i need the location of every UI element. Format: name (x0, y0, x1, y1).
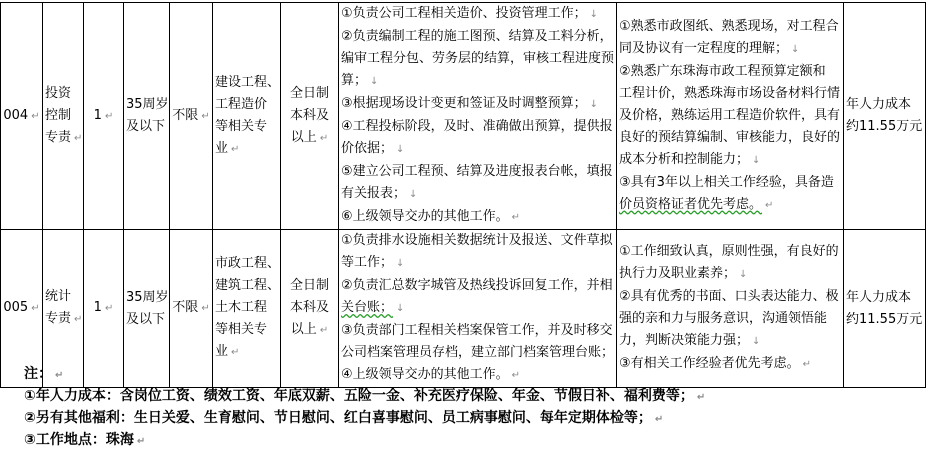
labor-cost-line: 年人力成本 (846, 287, 923, 309)
gender-cell: 不限↵ (170, 3, 213, 230)
requirement-line: 及价格，熟练运用工程造价软件，具有 (619, 105, 841, 127)
major-line: 业↵ (215, 138, 278, 161)
paragraph-mark-icon: ↵ (31, 111, 39, 122)
education-line: 本科及 (283, 297, 336, 319)
line-break-icon: ↓ (752, 336, 760, 347)
paragraph-mark-icon: ↵ (803, 359, 811, 370)
requirement-line: 良好的预结算编制、审核能力，良好的 (619, 127, 841, 149)
duty-line: ②负责汇总数字城管及热线投诉回复工作，并相 (341, 275, 614, 297)
labor-cost-cell: 年人力成本 约11.55万元 (844, 3, 926, 230)
position-title-line: 投资 (45, 83, 81, 105)
paragraph-mark-icon: ↵ (320, 133, 328, 144)
major-line: 业↵ (215, 341, 278, 364)
major-line: 工程造价 (215, 94, 278, 116)
paragraph-mark-icon: ↵ (231, 144, 239, 155)
position-id-cell: 004↵ (1, 3, 43, 230)
education-line: 全日制 (283, 83, 336, 105)
duty-line: 关台账；↓ (341, 297, 614, 320)
major-cell: 建设工程、 工程造价 等相关专 业↵ (213, 3, 281, 230)
line-break-icon: ↓ (791, 44, 799, 55)
labor-cost-line: 约11.55万元 (846, 116, 923, 138)
duty-line: ③负责部门工程相关档案保管工作，并及时移交 (341, 320, 614, 342)
job-table: 004↵ 投资 控制 专责↵ 1↵ 35周岁 及以下 不限↵ 建设工程、 工程造… (0, 2, 926, 388)
paragraph-mark-icon: ↵ (74, 314, 82, 325)
paragraph-mark-icon: ↵ (320, 325, 328, 336)
paragraph-mark-icon: ↵ (765, 200, 773, 211)
duty-line: 编审工程分包、劳务层的结算，审核工程进度预 (341, 48, 614, 70)
gender: 不限 (172, 108, 198, 123)
duty-line: 算；↓ (341, 70, 614, 93)
duty-line: ④工程投标阶段，及时、准确做出预算，提供报 (341, 116, 614, 138)
line-break-icon: ↓ (396, 144, 404, 155)
position-title-cell: 投资 控制 专责↵ (43, 3, 84, 230)
education-cell: 全日制 本科及 以上↵ (281, 3, 339, 230)
line-break-icon: ↓ (409, 189, 417, 200)
line-break-icon: ↓ (370, 76, 378, 87)
labor-cost-line: 年人力成本 (846, 94, 923, 116)
line-break-icon: ↓ (590, 9, 598, 20)
note-item-labor-cost: ①年人力成本：含岗位工资、绩效工资、年底双薪、五险一金、补充医疗保险、年金、节假… (24, 386, 705, 408)
duty-line: ⑥上级领导交办的其他工作。↵ (341, 206, 614, 229)
age-limit-line: 及以下 (126, 309, 167, 331)
paragraph-mark-icon: ↵ (655, 414, 663, 425)
duty-line: ③根据现场设计变更和签证及时调整预算；↓ (341, 93, 614, 116)
labor-cost-cell: 年人力成本 约11.55万元 (844, 230, 926, 388)
education-line: 以上↵ (283, 319, 336, 342)
education-line: 本科及 (283, 105, 336, 127)
duty-line: ⑤建立公司工程预、结算及进度报表台帐，填报 (341, 161, 614, 183)
note-item-benefits: ②另有其他福利：生日关爱、生育慰问、节日慰问、红白喜事慰问、员工病事慰问、每年定… (24, 408, 705, 430)
paragraph-mark-icon: ↵ (137, 436, 145, 447)
paragraph-mark-icon: ↵ (55, 370, 63, 381)
paragraph-mark-icon: ↵ (231, 347, 239, 358)
notes-section: 注：↵ ①年人力成本：含岗位工资、绩效工资、年底双薪、五险一金、补充医疗保险、年… (24, 364, 705, 450)
requirement-line: ①熟悉市政图纸、熟悉现场，对工程合 (619, 16, 841, 38)
headcount-cell: 1↵ (84, 3, 124, 230)
position-title-line: 专责↵ (45, 308, 81, 331)
major-line: 等相关专 (215, 116, 278, 138)
paragraph-mark-icon: ↵ (74, 133, 82, 144)
duty-line: ①负责公司工程相关造价、投资管理工作；↓ (341, 3, 614, 26)
major-line: 建筑工程、 (215, 275, 278, 297)
position-title-line: 统计 (45, 286, 81, 308)
duty-line: ①负责排水设施相关数据统计及报送、文件草拟 (341, 230, 614, 252)
line-break-icon: ↓ (752, 155, 760, 166)
age-limit-cell: 35周岁 及以下 (124, 3, 170, 230)
line-break-icon: ↓ (590, 99, 598, 110)
requirement-line: 力，判断决策能力强；↓ (619, 330, 841, 353)
duty-line: 等工作；↓ (341, 252, 614, 275)
requirement-line: 成本分析和控制能力；↓ (619, 149, 841, 172)
paragraph-mark-icon: ↵ (697, 392, 705, 403)
headcount: 1 (94, 108, 102, 123)
requirements-cell: ①熟悉市政图纸、熟悉现场，对工程合 同及协议有一定程度的理解；↓ ②熟悉广东珠海… (617, 3, 844, 230)
labor-cost-line: 约11.55万元 (846, 309, 923, 331)
duty-line: 价依据；↓ (341, 138, 614, 161)
education-line: 全日制 (283, 275, 336, 297)
paragraph-mark-icon: ↵ (201, 303, 209, 314)
gender: 不限 (172, 300, 198, 315)
position-id: 005 (3, 300, 28, 315)
requirement-line: ②熟悉广东珠海市政工程预算定额和 (619, 61, 841, 83)
line-break-icon: ↓ (396, 258, 404, 269)
notes-heading: 注：↵ (24, 364, 705, 386)
education-line: 以上↵ (283, 127, 336, 150)
duty-line: 有关报表；↓ (341, 183, 614, 206)
requirement-line: 工程计价，熟悉珠海市场设备材料行情 (619, 83, 841, 105)
paragraph-mark-icon: ↵ (105, 303, 113, 314)
duty-line: 公司档案管理员存档，建立部门档案管理台账； (341, 342, 614, 364)
major-line: 等相关专 (215, 319, 278, 341)
duties-cell: ①负责公司工程相关造价、投资管理工作；↓ ②负责编制工程的施工图预、结算及工料分… (339, 3, 617, 230)
major-line: 市政工程、 (215, 253, 278, 275)
major-line: 土木工程 (215, 297, 278, 319)
requirement-line: ②具有优秀的书面、口头表达能力、极 (619, 286, 841, 308)
requirement-line: 同及协议有一定程度的理解；↓ (619, 38, 841, 61)
paragraph-mark-icon: ↵ (105, 111, 113, 122)
position-title-line: 控制 (45, 105, 81, 127)
position-id: 004 (3, 108, 28, 123)
age-limit-line: 35周岁 (126, 287, 167, 309)
major-line: 建设工程、 (215, 72, 278, 94)
requirement-line: ③具有3年以上相关工作经验，具备造 (619, 172, 841, 194)
age-limit-line: 及以下 (126, 116, 167, 138)
paragraph-mark-icon: ↵ (512, 212, 520, 223)
note-item-location: ③工作地点：珠海↵ (24, 430, 705, 450)
duty-line: ②负责编制工程的施工图预、结算及工料分析， (341, 26, 614, 48)
position-title-line: 专责↵ (45, 127, 81, 150)
requirement-line: ①工作细致认真，原则性强，有良好的 (619, 241, 841, 263)
table-row: 004↵ 投资 控制 专责↵ 1↵ 35周岁 及以下 不限↵ 建设工程、 工程造… (1, 3, 926, 230)
headcount: 1 (94, 300, 102, 315)
line-break-icon: ↓ (739, 269, 747, 280)
requirement-line: 强的亲和力与服务意识，沟通领悟能 (619, 308, 841, 330)
age-limit-line: 35周岁 (126, 94, 167, 116)
requirement-line: 价员资格证者优先考虑。↵ (619, 194, 841, 217)
paragraph-mark-icon: ↵ (31, 303, 39, 314)
requirement-line: 执行力及职业素养；↓ (619, 263, 841, 286)
paragraph-mark-icon: ↵ (201, 111, 209, 122)
line-break-icon: ↓ (396, 303, 404, 314)
